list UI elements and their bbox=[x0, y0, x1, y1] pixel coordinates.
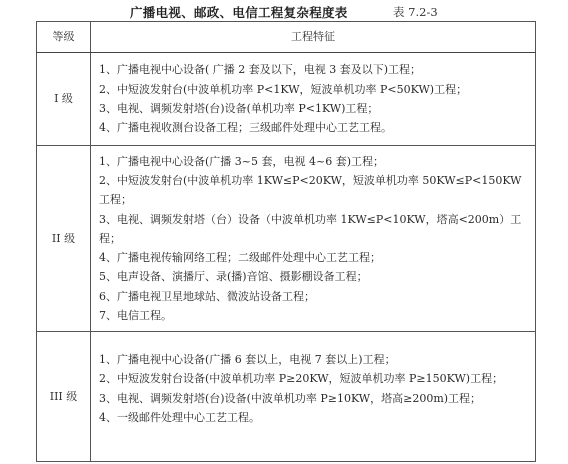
table-caption: 广播电视、邮政、电信工程复杂程度表 表 7.2-3 bbox=[0, 3, 568, 19]
header-features: 工程特征 bbox=[91, 22, 536, 53]
feature-item: 2、中短波发射台(中波单机功率 P<1KW，短波单机功率 P<50KW)工程； bbox=[99, 80, 529, 99]
complexity-table: 等级 工程特征 I 级 1、广播电视中心设备( 广播 2 套及以下，电视 3 套… bbox=[36, 21, 536, 462]
feature-item: 6、广播电视卫星地球站、微波站设备工程； bbox=[99, 287, 529, 306]
grade-cell: III 级 bbox=[37, 332, 91, 462]
feature-item: 2、中短波发射台(中波单机功率 1KW≤P<20KW，短波单机功率 50KW≤P… bbox=[99, 171, 529, 210]
grade-cell: I 级 bbox=[37, 53, 91, 146]
header-grade: 等级 bbox=[37, 22, 91, 53]
grade-cell: II 级 bbox=[37, 146, 91, 332]
table-row: II 级 1、广播电视中心设备(广播 3~5 套，电视 4~6 套)工程； 2、… bbox=[37, 146, 536, 332]
features-cell: 1、广播电视中心设备(广播 6 套以上，电视 7 套以上)工程； 2、中短波发射… bbox=[91, 332, 536, 462]
feature-item: 4、一级邮件处理中心工艺工程。 bbox=[99, 408, 529, 427]
feature-item: 2、中短波发射台设备(中波单机功率 P≥20KW，短波单机功率 P≥150KW)… bbox=[99, 369, 529, 388]
table-number: 表 7.2-3 bbox=[393, 4, 438, 20]
feature-item: 1、广播电视中心设备(广播 3~5 套，电视 4~6 套)工程； bbox=[99, 152, 529, 171]
feature-item: 3、电视、调频发射塔(台)设备(中波单机功率 P≥10KW，塔高≥200m)工程… bbox=[99, 389, 529, 408]
header-row: 等级 工程特征 bbox=[37, 22, 536, 53]
feature-item: 3、电视、调频发射塔（台）设备（中波单机功率 1KW≤P<10KW，塔高<200… bbox=[99, 210, 529, 249]
feature-item: 3、电视、调频发射塔(台)设备(单机功率 P<1KW)工程； bbox=[99, 99, 529, 118]
document-title: 广播电视、邮政、电信工程复杂程度表 bbox=[130, 3, 348, 21]
feature-item: 7、电信工程。 bbox=[99, 306, 529, 325]
feature-item: 1、广播电视中心设备( 广播 2 套及以下，电视 3 套及以下)工程； bbox=[99, 60, 529, 79]
feature-item: 5、电声设备、演播厅、录(播)音馆、摄影棚设备工程； bbox=[99, 267, 529, 286]
features-cell: 1、广播电视中心设备(广播 3~5 套，电视 4~6 套)工程； 2、中短波发射… bbox=[91, 146, 536, 332]
table-row: III 级 1、广播电视中心设备(广播 6 套以上，电视 7 套以上)工程； 2… bbox=[37, 332, 536, 462]
feature-item: 4、广播电视收测台设备工程；三级邮件处理中心工艺工程。 bbox=[99, 118, 529, 137]
feature-item: 1、广播电视中心设备(广播 6 套以上，电视 7 套以上)工程； bbox=[99, 350, 529, 369]
features-cell: 1、广播电视中心设备( 广播 2 套及以下，电视 3 套及以下)工程； 2、中短… bbox=[91, 53, 536, 146]
feature-item: 4、广播电视传输网络工程；二级邮件处理中心工艺工程； bbox=[99, 248, 529, 267]
table-row: I 级 1、广播电视中心设备( 广播 2 套及以下，电视 3 套及以下)工程； … bbox=[37, 53, 536, 146]
